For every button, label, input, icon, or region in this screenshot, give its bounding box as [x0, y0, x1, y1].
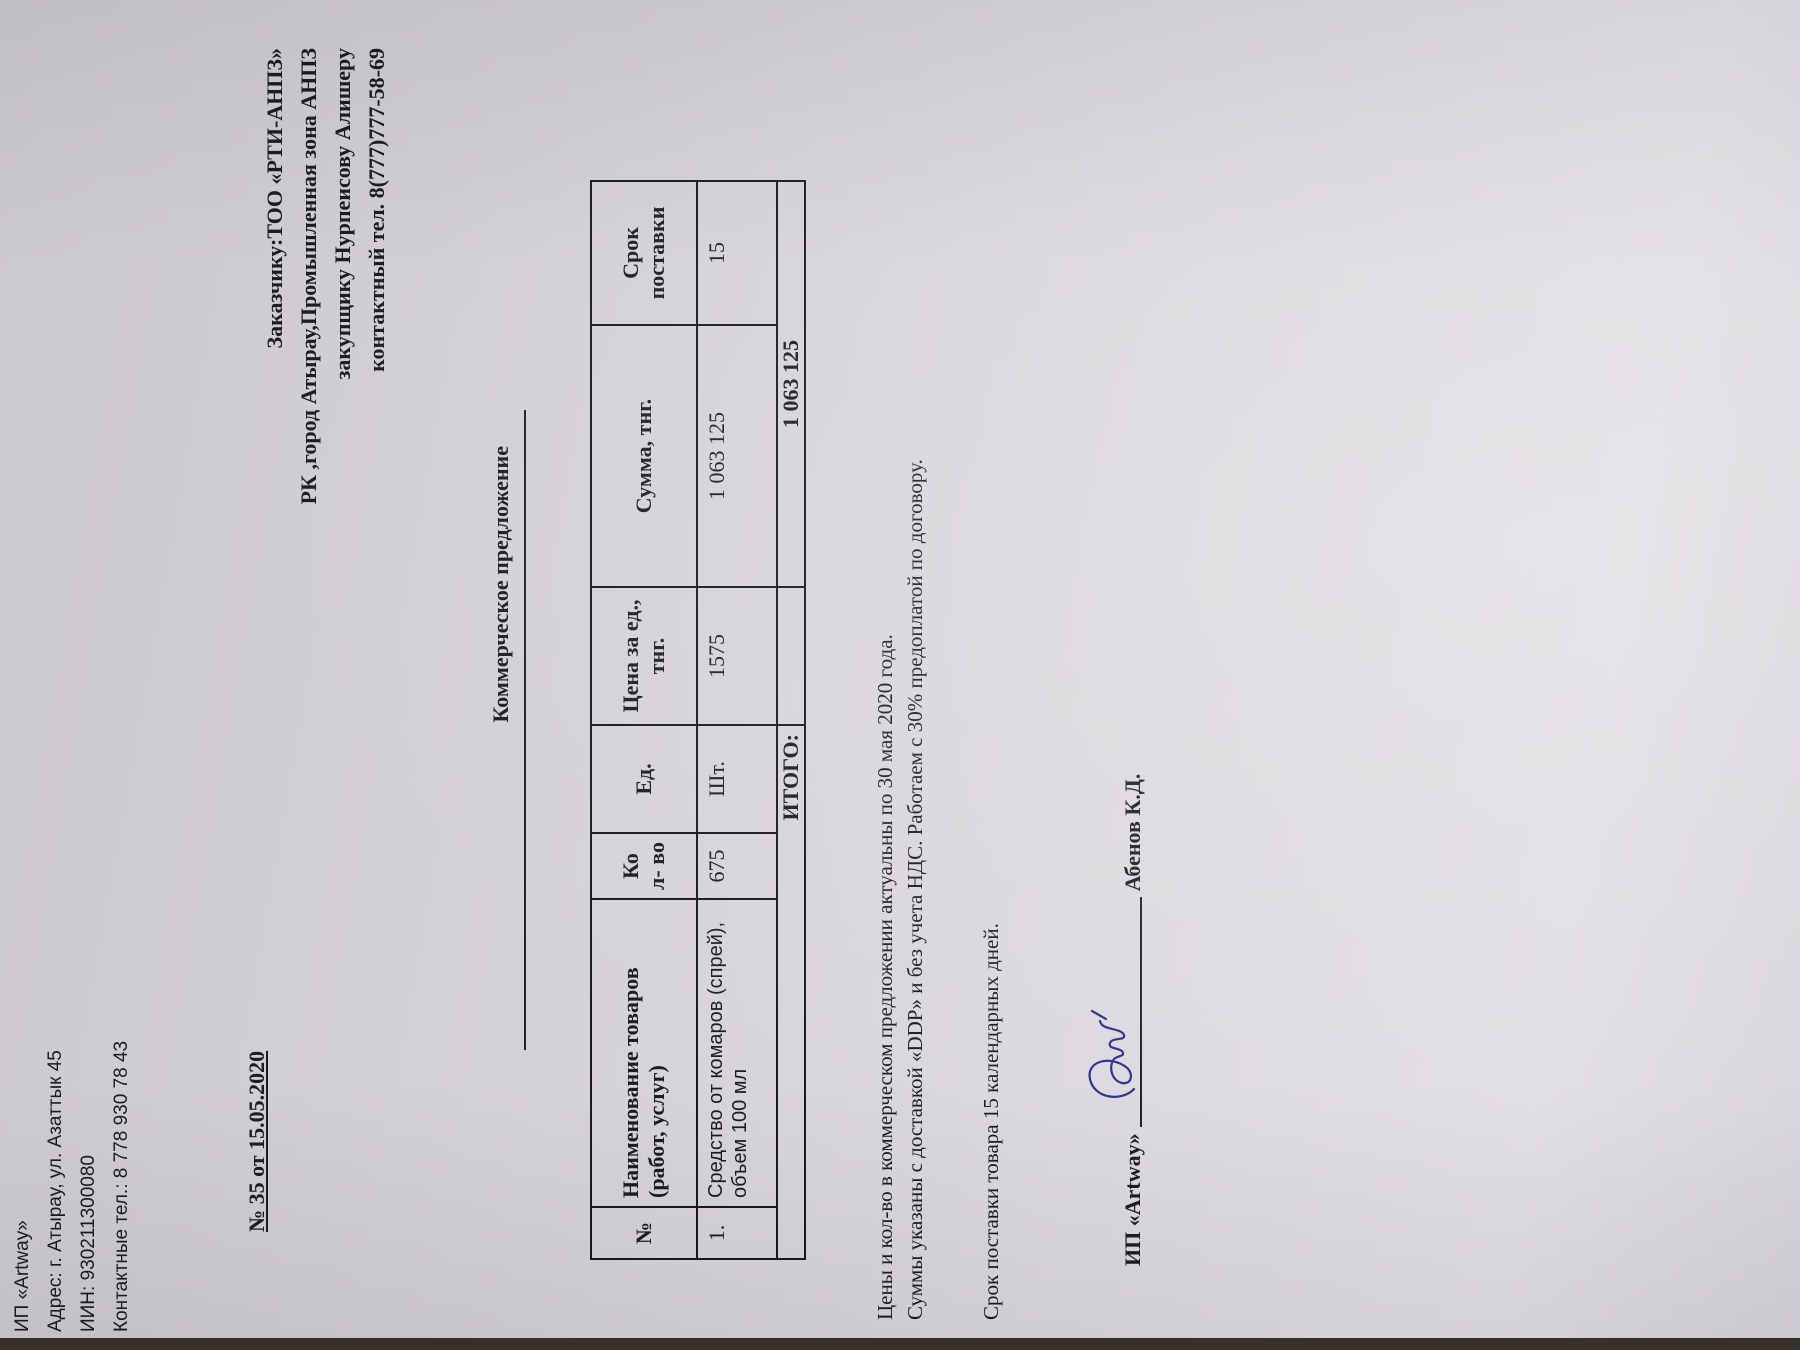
- signatory-name: Абенов К.Д.: [1120, 774, 1146, 892]
- sender-address: Адрес: г. Атырау, ул. Азаттык 45: [39, 1041, 72, 1332]
- total-row: ИТОГО: 1 063 125: [777, 181, 805, 1259]
- cell-price: 1575: [697, 587, 777, 725]
- commercial-offer-page: ИП «Artway» Адрес: г. Атырау, ул. Азатты…: [0, 10, 1300, 1350]
- cell-sum: 1 063 125: [697, 325, 777, 587]
- sender-iin: ИИН: 930211300080: [72, 1041, 105, 1332]
- offer-table: № Наименование товаров (работ, услуг) Ко…: [590, 180, 806, 1260]
- customer-line-3: закупщику Нурпеисову Алишеру: [326, 48, 360, 504]
- sender-phones: Контактные тел.: 8 778 930 78 43: [105, 1041, 138, 1332]
- note-delivery-time: Срок поставки товара 15 календарных дней…: [976, 459, 1006, 1320]
- document-photo: ИП «Artway» Адрес: г. Атырау, ул. Азатты…: [0, 0, 1800, 1350]
- header-price: Цена за ед., тнг.: [591, 587, 697, 725]
- customer-block: Заказчику:ТОО «РТИ-АНПЗ» РК ,город Атыра…: [258, 48, 394, 504]
- sender-block: ИП «Artway» Адрес: г. Атырау, ул. Азатты…: [6, 1041, 138, 1332]
- customer-line-1: Заказчику:ТОО «РТИ-АНПЗ»: [258, 48, 292, 504]
- signature-line: [1110, 897, 1142, 1127]
- header-no: №: [591, 1207, 697, 1259]
- header-unit: Ед.: [591, 725, 697, 833]
- header-sum: Сумма, тнг.: [591, 325, 697, 587]
- customer-line-2: РК ,город Атырау,Промышленная зона АНПЗ: [292, 48, 326, 504]
- signature-org: ИП «Artway»: [1120, 1133, 1146, 1266]
- total-value: 1 063 125: [777, 181, 805, 587]
- cell-name: Средство от комаров (спрей), объем 100 м…: [697, 899, 777, 1207]
- signature-scribble-icon: [1082, 987, 1142, 1107]
- customer-line-4: контактный тел. 8(777)777-58-69: [360, 48, 394, 504]
- note-validity: Цены и кол-во в коммерческом предложении…: [870, 459, 900, 1320]
- cell-no: 1.: [697, 1207, 777, 1259]
- cell-qty: 675: [697, 833, 777, 899]
- notes-block: Цены и кол-во в коммерческом предложении…: [870, 459, 1006, 1320]
- cell-term: 15: [697, 181, 777, 325]
- title-underline: Коммерческое предложение: [488, 410, 526, 1050]
- header-name: Наименование товаров (работ, услуг): [591, 899, 697, 1207]
- sender-name: ИП «Artway»: [6, 1041, 39, 1332]
- table-row: 1. Средство от комаров (спрей), объем 10…: [697, 181, 777, 1259]
- document-number: № 35 от 15.05.2020: [244, 1051, 270, 1232]
- total-spacer: [777, 587, 805, 725]
- table-header-row: № Наименование товаров (работ, услуг) Ко…: [591, 181, 697, 1259]
- signature-block: ИП «Artway» Абенов К.Д.: [1110, 774, 1146, 1266]
- cell-unit: Шт.: [697, 725, 777, 833]
- note-delivery-terms: Суммы указаны с доставкой «DDP» и без уч…: [900, 459, 930, 1320]
- header-term: Срок поставки: [591, 181, 697, 325]
- header-qty: Ко л- во: [591, 833, 697, 899]
- total-label: ИТОГО:: [777, 725, 805, 1259]
- page-title: Коммерческое предложение: [488, 410, 524, 723]
